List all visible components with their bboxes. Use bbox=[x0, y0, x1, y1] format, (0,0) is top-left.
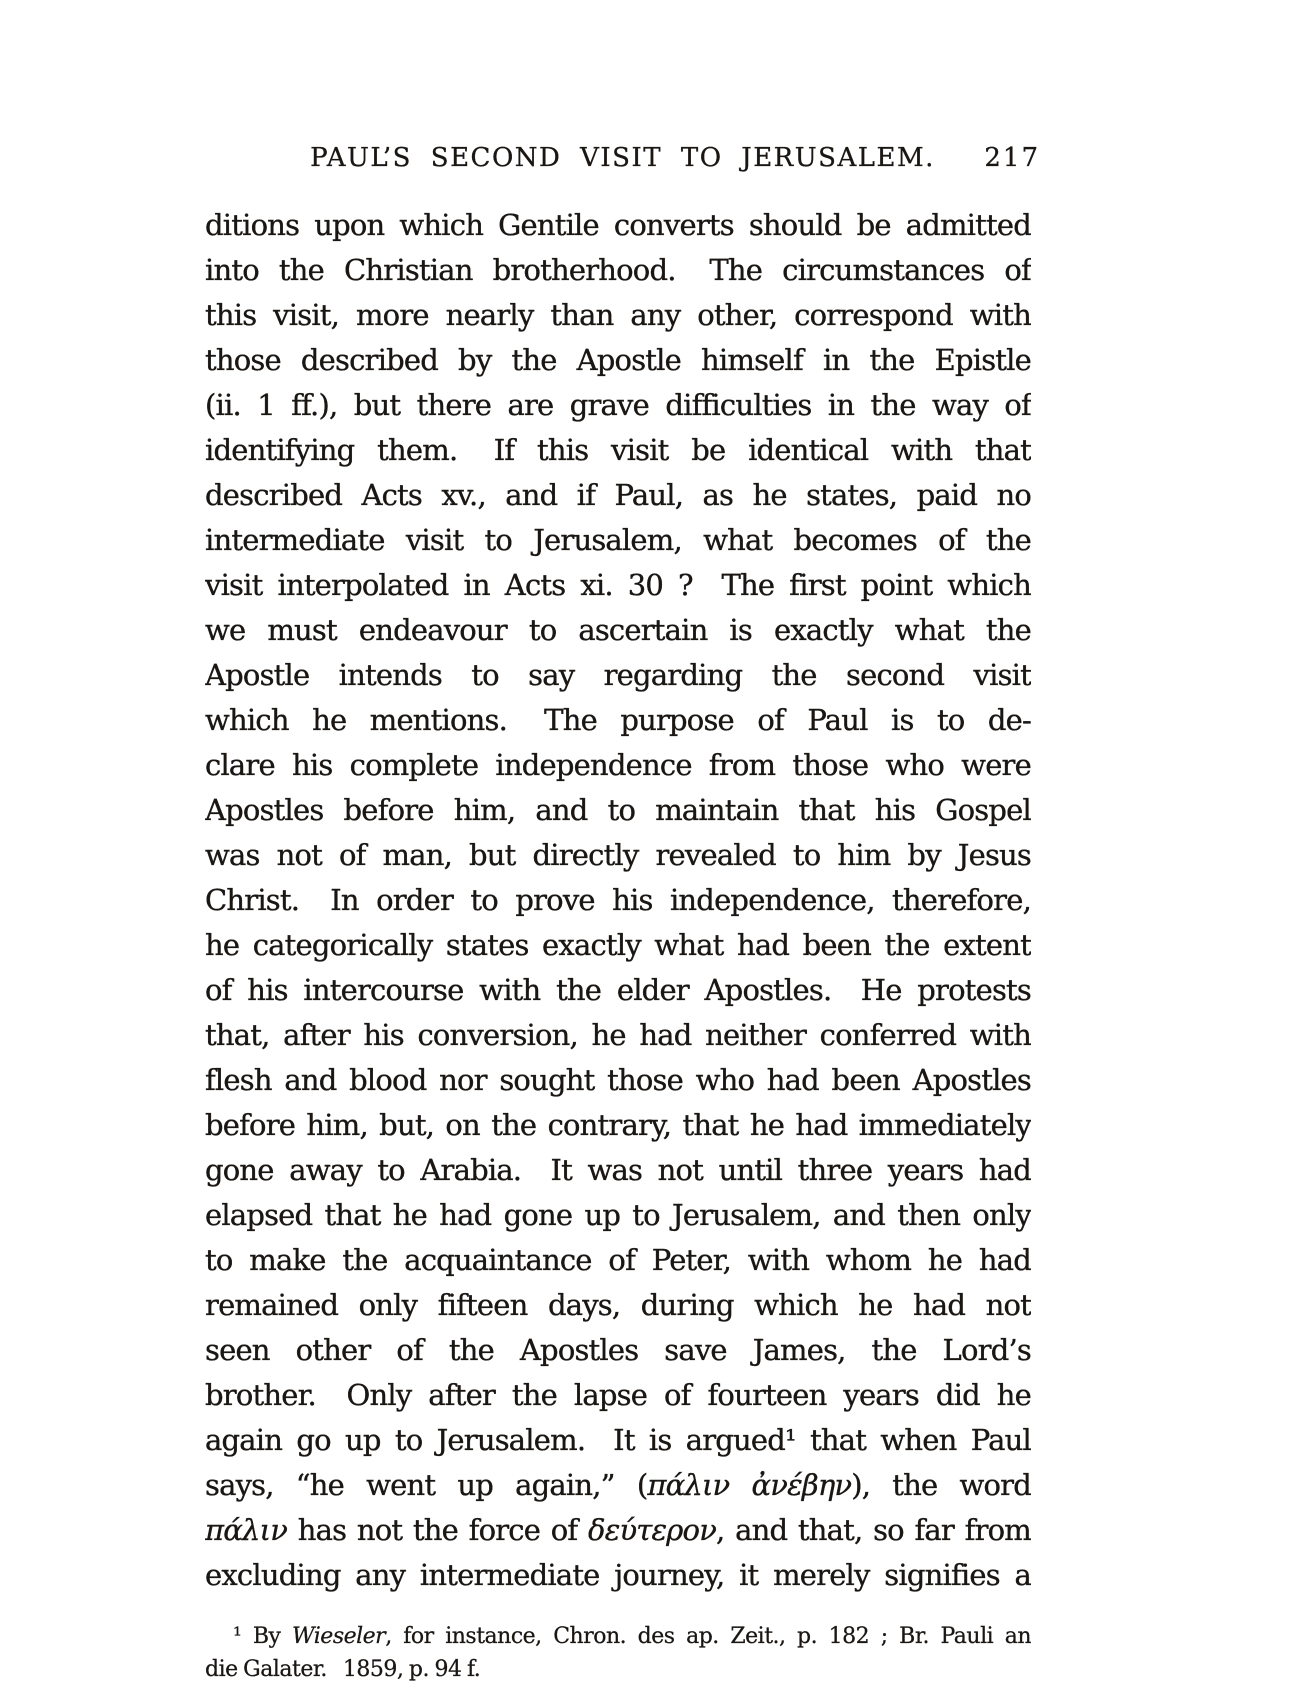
body-line: he categorically states exactly what had… bbox=[205, 923, 1031, 968]
footnote-line: ¹ By Wieseler, for instance, Chron. des … bbox=[205, 1620, 1031, 1653]
body-text-block: ditions upon which Gentile converts shou… bbox=[205, 203, 1031, 1598]
body-line: brother. Only after the lapse of fourtee… bbox=[205, 1373, 1031, 1418]
body-line: was not of man, but directly revealed to… bbox=[205, 833, 1031, 878]
footnote-source-name: Wieseler bbox=[292, 1624, 385, 1649]
greek-phrase: δεύτερον bbox=[588, 1513, 716, 1547]
greek-phrase: πάλιν ἀνέβην bbox=[647, 1468, 851, 1502]
body-line: described Acts xv., and if Paul, as he s… bbox=[205, 473, 1031, 518]
book-page: PAUL’S SECOND VISIT TO JERUSALEM. 217 di… bbox=[0, 0, 1292, 1700]
body-line: into the Christian brotherhood. The circ… bbox=[205, 248, 1031, 293]
footnote-segment: , for instance, Chron. des ap. Zeit., p.… bbox=[385, 1624, 1031, 1649]
body-line: remained only fifteen days, during which… bbox=[205, 1283, 1031, 1328]
body-line: of his intercourse with the elder Apostl… bbox=[205, 968, 1031, 1013]
body-line: again go up to Jerusalem. It is argued¹ … bbox=[205, 1418, 1031, 1463]
running-head-title: PAUL’S SECOND VISIT TO JERUSALEM. bbox=[205, 141, 1040, 175]
footnote-line: die Galater. 1859, p. 94 f. bbox=[205, 1653, 1031, 1686]
body-line: ditions upon which Gentile converts shou… bbox=[205, 203, 1031, 248]
body-line: that, after his conversion, he had neith… bbox=[205, 1013, 1031, 1058]
body-line: visit interpolated in Acts xi. 30 ? The … bbox=[205, 563, 1031, 608]
body-line: Apostles before him, and to maintain tha… bbox=[205, 788, 1031, 833]
body-line: gone away to Arabia. It was not until th… bbox=[205, 1148, 1031, 1193]
body-line: Apostle intends to say regarding the sec… bbox=[205, 653, 1031, 698]
body-line-segment: , and that, so far from bbox=[716, 1513, 1031, 1547]
body-line: before him, but, on the contrary, that h… bbox=[205, 1103, 1031, 1148]
body-line-segment: ), the word bbox=[851, 1468, 1031, 1502]
body-line: says, “he went up again,” (πάλιν ἀνέβην)… bbox=[205, 1463, 1031, 1508]
body-line: this visit, more nearly than any other, … bbox=[205, 293, 1031, 338]
body-line: intermediate visit to Jerusalem, what be… bbox=[205, 518, 1031, 563]
body-line: elapsed that he had gone up to Jerusalem… bbox=[205, 1193, 1031, 1238]
body-line: flesh and blood nor sought those who had… bbox=[205, 1058, 1031, 1103]
page-number: 217 bbox=[984, 141, 1040, 175]
body-line: clare his complete independence from tho… bbox=[205, 743, 1031, 788]
body-line: seen other of the Apostles save James, t… bbox=[205, 1328, 1031, 1373]
body-line-segment: has not the force of bbox=[287, 1513, 588, 1547]
body-line: identifying them. If this visit be ident… bbox=[205, 428, 1031, 473]
body-line: we must endeavour to ascertain is exactl… bbox=[205, 608, 1031, 653]
body-line: (ii. 1 ff.), but there are grave difficu… bbox=[205, 383, 1031, 428]
greek-phrase: πάλιν bbox=[205, 1513, 287, 1547]
body-line: Christ. In order to prove his independen… bbox=[205, 878, 1031, 923]
footnote: ¹ By Wieseler, for instance, Chron. des … bbox=[205, 1620, 1031, 1686]
footnote-segment: By bbox=[241, 1624, 292, 1649]
body-line: to make the acquaintance of Peter, with … bbox=[205, 1238, 1031, 1283]
running-header: PAUL’S SECOND VISIT TO JERUSALEM. 217 bbox=[205, 141, 1040, 175]
body-line: πάλιν has not the force of δεύτερον, and… bbox=[205, 1508, 1031, 1553]
body-line: those described by the Apostle himself i… bbox=[205, 338, 1031, 383]
body-line-segment: says, “he went up again,” ( bbox=[205, 1468, 647, 1502]
body-line: which he mentions. The purpose of Paul i… bbox=[205, 698, 1031, 743]
body-line: excluding any intermediate journey, it m… bbox=[205, 1553, 1031, 1598]
